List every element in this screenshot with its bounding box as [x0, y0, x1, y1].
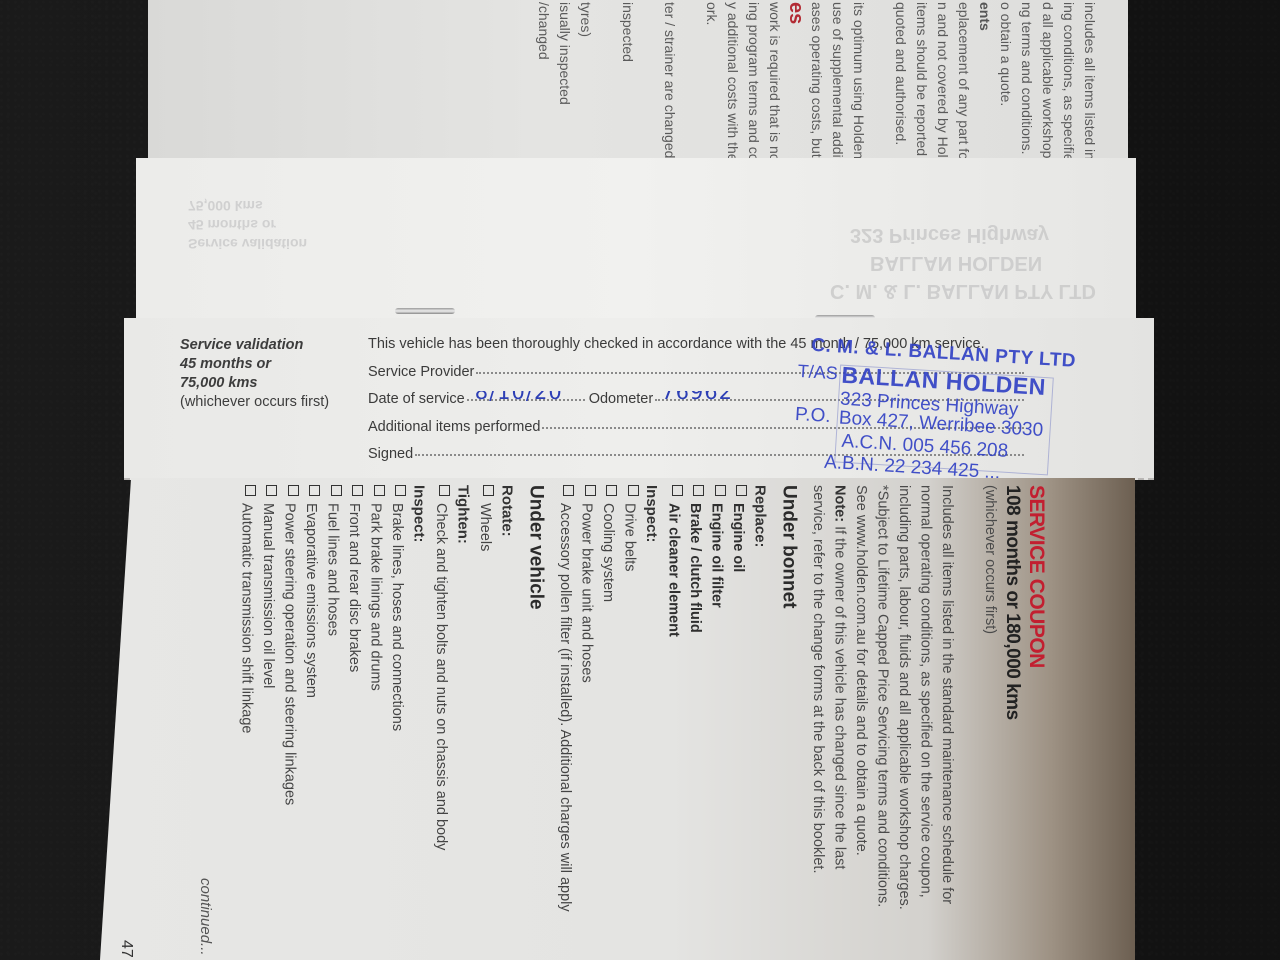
validation-title: Service validation	[180, 336, 350, 355]
coupon-title: SERVICE COUPON	[1025, 485, 1048, 668]
under-vehicle-heading: Under vehicle	[526, 485, 547, 610]
under-bonnet-heading: Under bonnet	[779, 485, 800, 609]
back-line: eplacement of any part fou	[956, 2, 972, 168]
continued-label: continued...	[197, 878, 214, 956]
back-line: inspected	[620, 2, 636, 62]
date-of-service-value: 8/10/20	[475, 391, 563, 404]
coupon-interval: 108 months or 180,000 kms	[1002, 485, 1023, 720]
coupon-intro-line: normal operating conditions, as specifie…	[918, 485, 934, 898]
back-line: includes all items listed in t	[1082, 2, 1098, 168]
checkbox[interactable]	[628, 485, 639, 496]
back-line: use of supplemental addit	[830, 2, 846, 162]
checklist-item[interactable]: Wheels	[477, 485, 493, 551]
checkbox[interactable]	[352, 485, 363, 496]
checkbox[interactable]	[395, 485, 406, 496]
checklist-item[interactable]: Accessory pollen filter (if installed). …	[557, 485, 573, 912]
checklist-item[interactable]: Front and rear disc brakes	[346, 485, 362, 672]
coupon-intro-line: See www.holden.com.au for details and to…	[853, 485, 869, 856]
back-line: ng terms and conditions.	[1019, 2, 1035, 155]
rotate-label: Rotate:	[499, 485, 516, 537]
back-line: its optimum using Holden	[851, 2, 867, 159]
coupon-intro-line: including parts, labour, fluids and all …	[896, 485, 912, 910]
checklist-item[interactable]: Fuel lines and hoses	[325, 485, 341, 636]
back-line: o obtain a quote.	[998, 2, 1014, 106]
checkbox[interactable]	[288, 485, 299, 496]
back-line: ing program terms and co	[746, 2, 762, 162]
checklist-item[interactable]: Brake lines, hoses and connections	[389, 485, 405, 731]
checkbox[interactable]	[331, 485, 342, 496]
checklist-item[interactable]: Park brake linings and drums	[368, 485, 384, 691]
validation-kms: 75,000 kms	[180, 374, 350, 393]
checklist-item[interactable]: Air cleaner element	[666, 485, 682, 637]
checklist-item[interactable]: Check and tighten bolts and nuts on chas…	[433, 485, 449, 850]
checkbox[interactable]	[672, 485, 683, 496]
checkbox[interactable]	[606, 485, 617, 496]
validation-interval: Service validation 45 months or 75,000 k…	[180, 336, 350, 412]
checklist-item[interactable]: Manual transmission oil level	[260, 485, 276, 688]
dealer-stamp: C. M. & L. BALLAN PTY LTD T/AS BALLAN HO…	[791, 334, 1099, 492]
inspect-label: Inspect:	[411, 485, 428, 543]
service-provider-label: Service Provider	[368, 364, 474, 380]
checkbox[interactable]	[439, 485, 450, 496]
back-line: y additional costs with the	[725, 2, 741, 162]
coupon-whichever: (whichever occurs first)	[982, 485, 998, 634]
checklist-item[interactable]: Engine oil filter	[709, 485, 725, 608]
checklist-item[interactable]: Drive belts	[622, 485, 638, 572]
checklist-item[interactable]: Cooling system	[600, 485, 616, 602]
checkbox[interactable]	[309, 485, 320, 496]
coupon-intro-line: Includes all items listed in the standar…	[939, 485, 955, 904]
checkbox[interactable]	[374, 485, 385, 496]
validation-whichever: (whichever occurs first)	[180, 393, 350, 412]
back-line: d all applicable workshop c	[1040, 2, 1056, 169]
checkbox[interactable]	[715, 485, 726, 496]
coupon-note: Note: If the owner of this vehicle has c…	[832, 485, 848, 869]
back-line: tyres)	[578, 2, 594, 37]
date-of-service-label: Date of service	[368, 391, 465, 407]
back-line: /changed	[536, 2, 552, 60]
page-number: 47	[117, 940, 135, 958]
back-line: ases operating costs, but	[809, 2, 825, 158]
back-line: ter / strainer are changed	[662, 2, 678, 158]
checklist-item[interactable]: Power brake unit and hoses	[579, 485, 595, 683]
staple	[395, 308, 455, 314]
back-heading: ents	[977, 2, 993, 31]
stamp-trading-as: T/AS	[797, 361, 838, 384]
checkbox[interactable]	[736, 485, 747, 496]
coupon-intro-line: *Subject to Lifetime Capped Price Servic…	[875, 485, 891, 907]
odometer-label: Odometer	[589, 391, 653, 407]
checklist-item[interactable]: Power steering operation and steering li…	[282, 485, 298, 805]
checklist-item[interactable]: Engine oil	[730, 485, 746, 572]
back-line: items should be reported t	[914, 2, 930, 164]
replace-label: Replace:	[752, 485, 769, 548]
back-line: isually inspected	[557, 2, 573, 105]
inspect-label: Inspect:	[643, 485, 660, 543]
checklist-item[interactable]: Automatic transmission shift linkage	[239, 485, 255, 734]
additional-items-label: Additional items performed	[368, 419, 540, 435]
validation-months: 45 months or	[180, 355, 350, 374]
checkbox[interactable]	[483, 485, 494, 496]
checklist-item[interactable]: Evaporative emissions system	[303, 485, 319, 698]
odometer-value: 76962	[661, 391, 733, 404]
checkbox[interactable]	[266, 485, 277, 496]
back-line: ing conditions, as specified	[1061, 2, 1077, 169]
back-line: quoted and authorised.	[893, 2, 909, 145]
date-of-service-field[interactable]: 8/10/20	[467, 391, 585, 401]
back-line: ork.	[704, 2, 720, 25]
back-section-heading: es	[785, 2, 807, 24]
back-page-text: includes all items listed in t ing condi…	[533, 2, 1100, 152]
service-coupon: SERVICE COUPON 108 months or 180,000 kms…	[235, 485, 1048, 945]
stamp-po: P.O.	[794, 404, 831, 428]
checkbox[interactable]	[693, 485, 704, 496]
coupon-note-line: service, refer to the change forms at th…	[810, 485, 826, 873]
checkbox[interactable]	[245, 485, 256, 496]
back-line: n and not covered by Hold	[935, 2, 951, 165]
checklist-item[interactable]: Brake / clutch fluid	[687, 485, 703, 633]
tighten-label: Tighten:	[455, 485, 472, 544]
checkbox[interactable]	[585, 485, 596, 496]
signed-label: Signed	[368, 446, 413, 462]
checkbox[interactable]	[563, 485, 574, 496]
stamp-offset: C. M. & L. BALLAN PTY LTD BALLAN HOLDEN …	[810, 168, 1110, 308]
back-line: work is required that is not	[767, 2, 783, 165]
offset-print: Service validation 45 months or 75,000 k…	[188, 196, 307, 253]
